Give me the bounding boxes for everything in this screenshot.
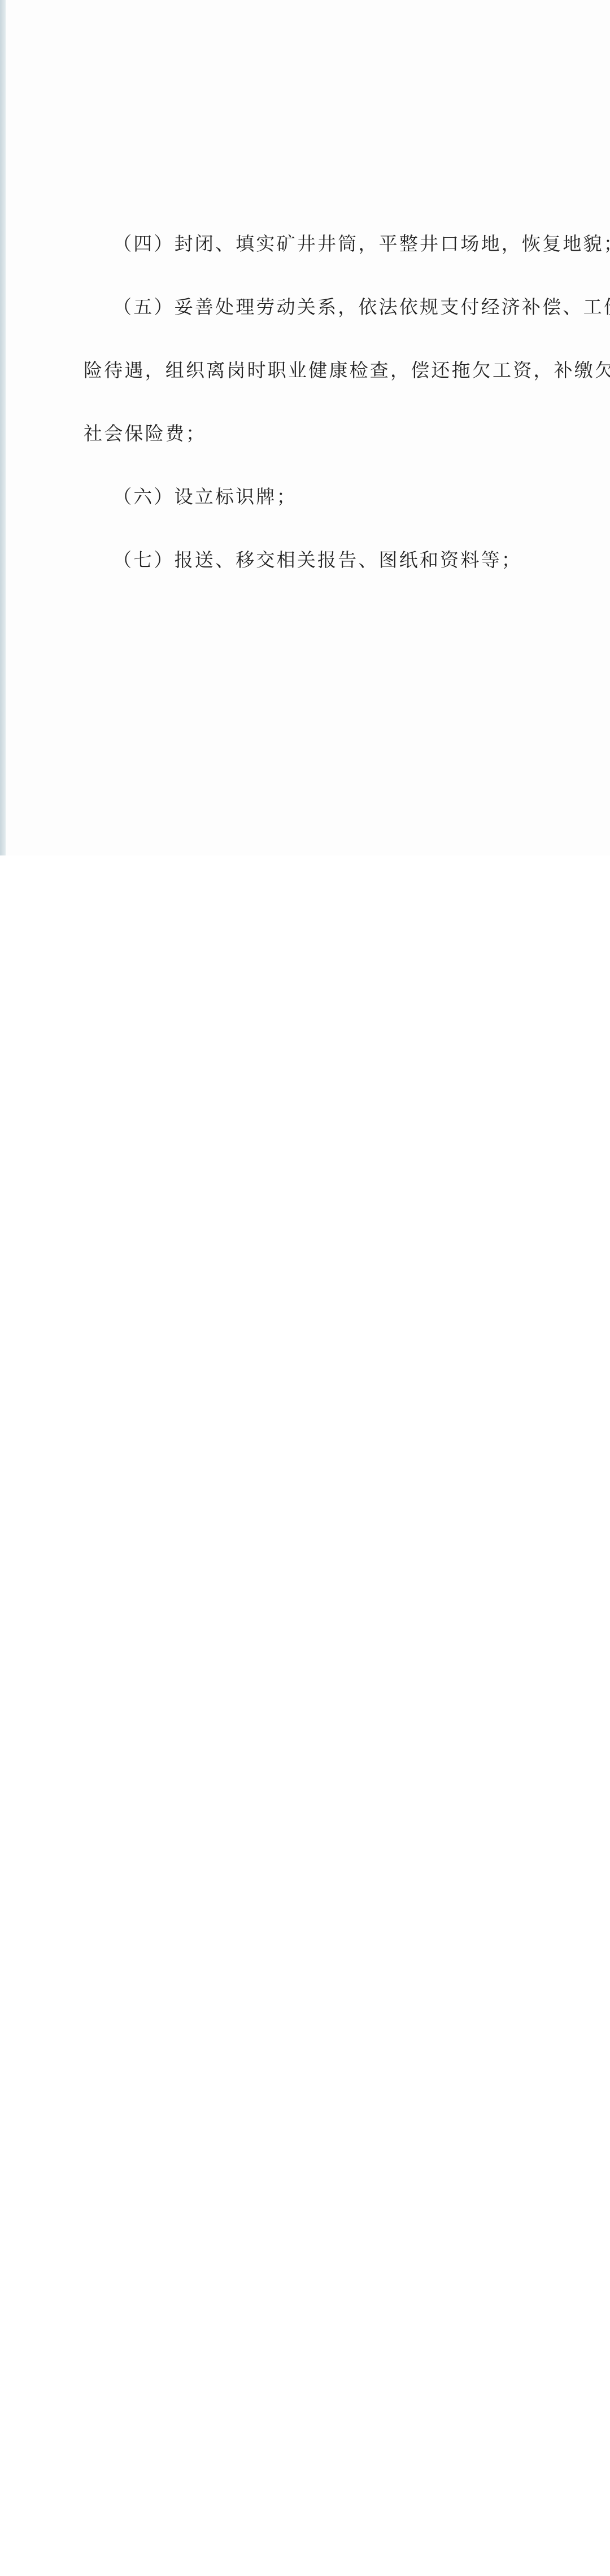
list-item: （七）报送、移交相关报告、图纸和资料等； [113, 549, 535, 571]
list-item: （六）设立标识牌； [113, 486, 535, 508]
page-edge [0, 0, 6, 855]
list-item: （四）封闭、填实矿井井筒，平整井口场地，恢复地貌； [113, 233, 535, 255]
text-line: 社会保险费； [84, 422, 535, 445]
text-line: 险待遇，组织离岗时职业健康检查，偿还拖欠工资，补缴欠缴的 [84, 359, 535, 382]
list-item: （五）妥善处理劳动关系，依法依规支付经济补偿、工伤保 [113, 296, 535, 318]
